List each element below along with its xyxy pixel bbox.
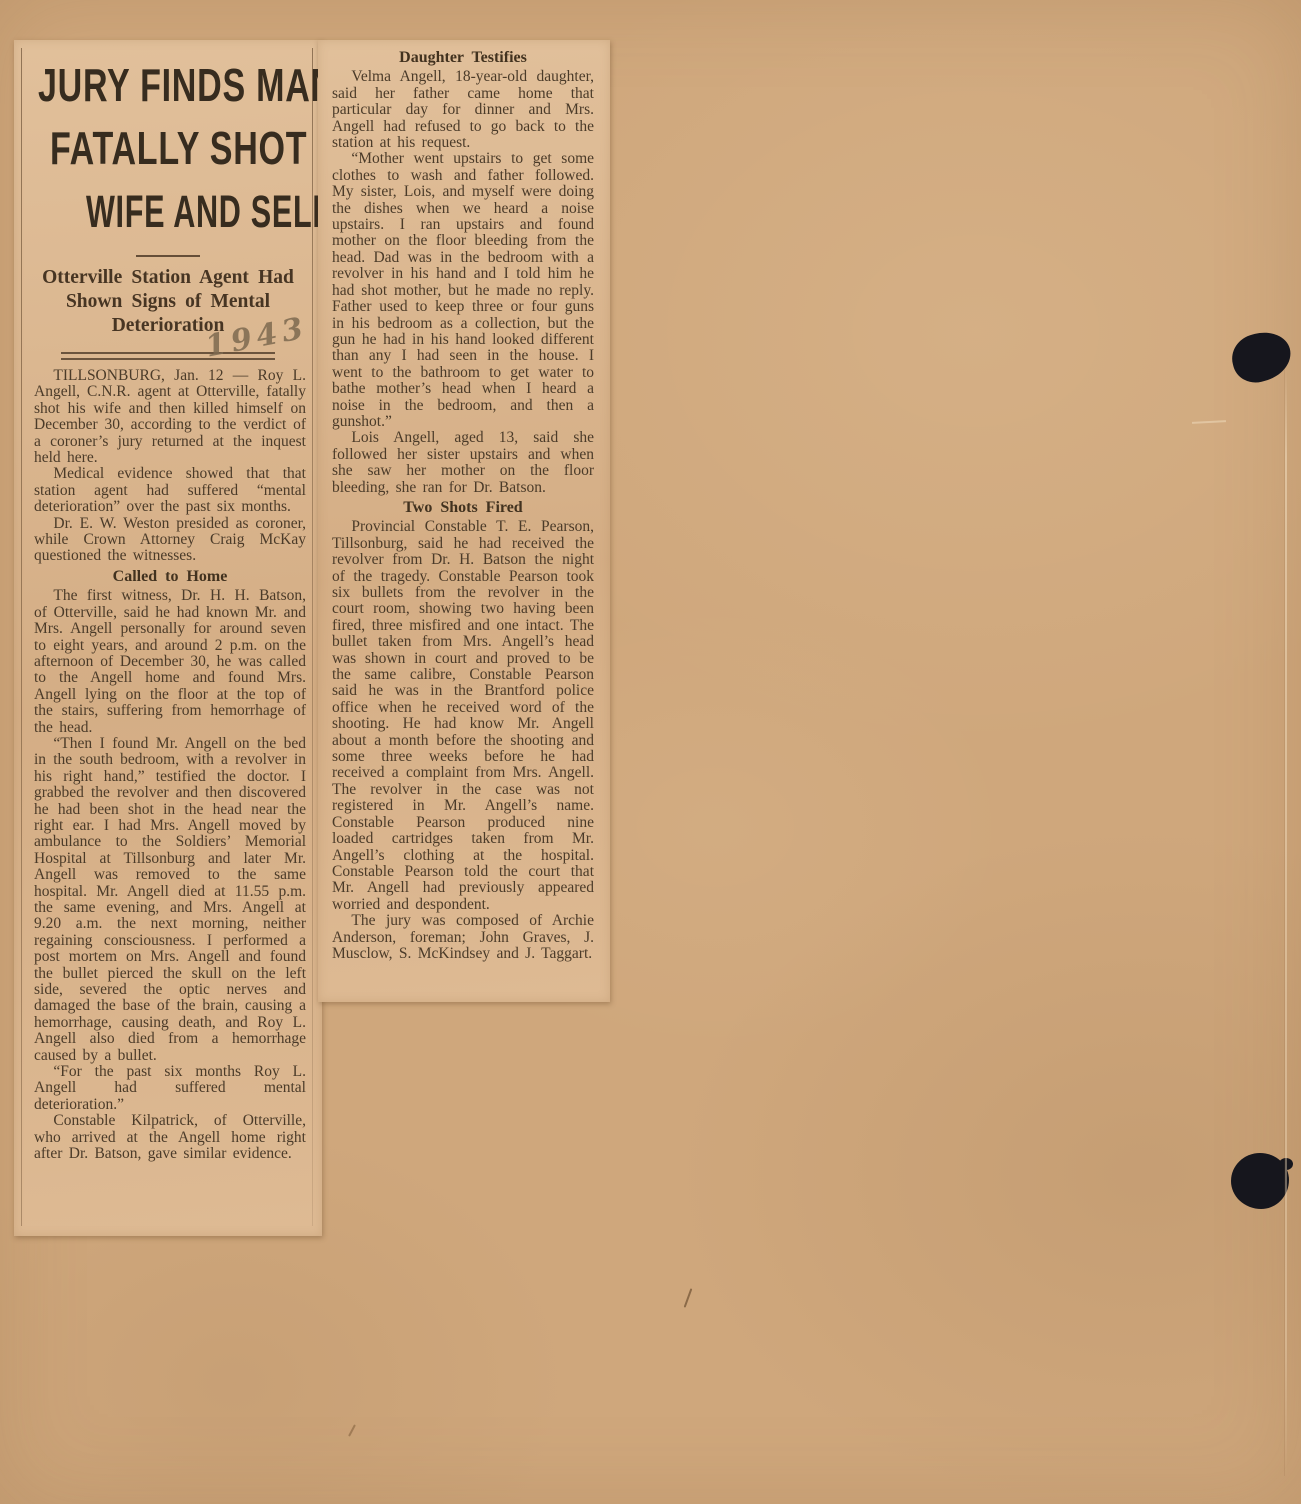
- section-heading: Daughter Testifies: [332, 50, 594, 66]
- scratch-mark: [1192, 420, 1226, 424]
- headline-line: WIFE AND SELF: [86, 180, 237, 243]
- subhead-line: Otterville Station Agent Had: [30, 266, 306, 290]
- pen-mark: [684, 1288, 693, 1307]
- article-paragraph: The first witness, Dr. H. H. Batson, of …: [34, 588, 306, 736]
- article-paragraph: Dr. E. W. Weston presided as coroner, wh…: [34, 516, 306, 565]
- page-crease: [1285, 368, 1287, 1476]
- article-paragraph: “Then I found Mr. Angell on the bed in t…: [34, 736, 306, 1064]
- article-body-left: TILLSONBURG, Jan. 12 — Roy L. Angell, C.…: [14, 360, 322, 1177]
- article-body-right: Daughter Testifies Velma Angell, 18-year…: [330, 50, 596, 962]
- headline-line: JURY FINDS MAN: [38, 54, 238, 117]
- article-paragraph: Provincial Constable T. E. Pearson, Till…: [332, 519, 594, 913]
- article-paragraph: Velma Angell, 18-year-old daughter, said…: [332, 69, 594, 151]
- article-paragraph: Lois Angell, aged 13, said she followed …: [332, 430, 594, 496]
- headline-line: FATALLY SHOT: [50, 117, 241, 180]
- ink-blot-bottom: [1231, 1153, 1289, 1209]
- newspaper-clipping-right: Daughter Testifies Velma Angell, 18-year…: [318, 40, 610, 1002]
- subhead-line: Shown Signs of Mental: [30, 290, 306, 314]
- article-paragraph: Constable Kilpatrick, of Otterville, who…: [34, 1113, 306, 1162]
- article-paragraph: Medical evidence showed that that statio…: [34, 466, 306, 515]
- article-paragraph: “Mother went upstairs to get some clothe…: [332, 151, 594, 430]
- article-paragraph: “For the past six months Roy L. Angell h…: [34, 1064, 306, 1113]
- section-heading: Called to Home: [34, 569, 306, 585]
- section-heading: Two Shots Fired: [332, 500, 594, 516]
- headline-divider-rule: [136, 255, 200, 257]
- newspaper-clipping-left: JURY FINDS MAN FATALLY SHOT WIFE AND SEL…: [14, 40, 322, 1236]
- headline: JURY FINDS MAN FATALLY SHOT WIFE AND SEL…: [14, 54, 322, 243]
- article-paragraph: TILLSONBURG, Jan. 12 — Roy L. Angell, C.…: [34, 368, 306, 466]
- pen-mark: [348, 1424, 356, 1436]
- scrapbook-page: JURY FINDS MAN FATALLY SHOT WIFE AND SEL…: [0, 0, 1301, 1504]
- article-paragraph: The jury was composed of Archie Anderson…: [332, 913, 594, 962]
- subhead: Otterville Station Agent Had Shown Signs…: [14, 266, 322, 338]
- printed-column-rule-left: [21, 48, 22, 1226]
